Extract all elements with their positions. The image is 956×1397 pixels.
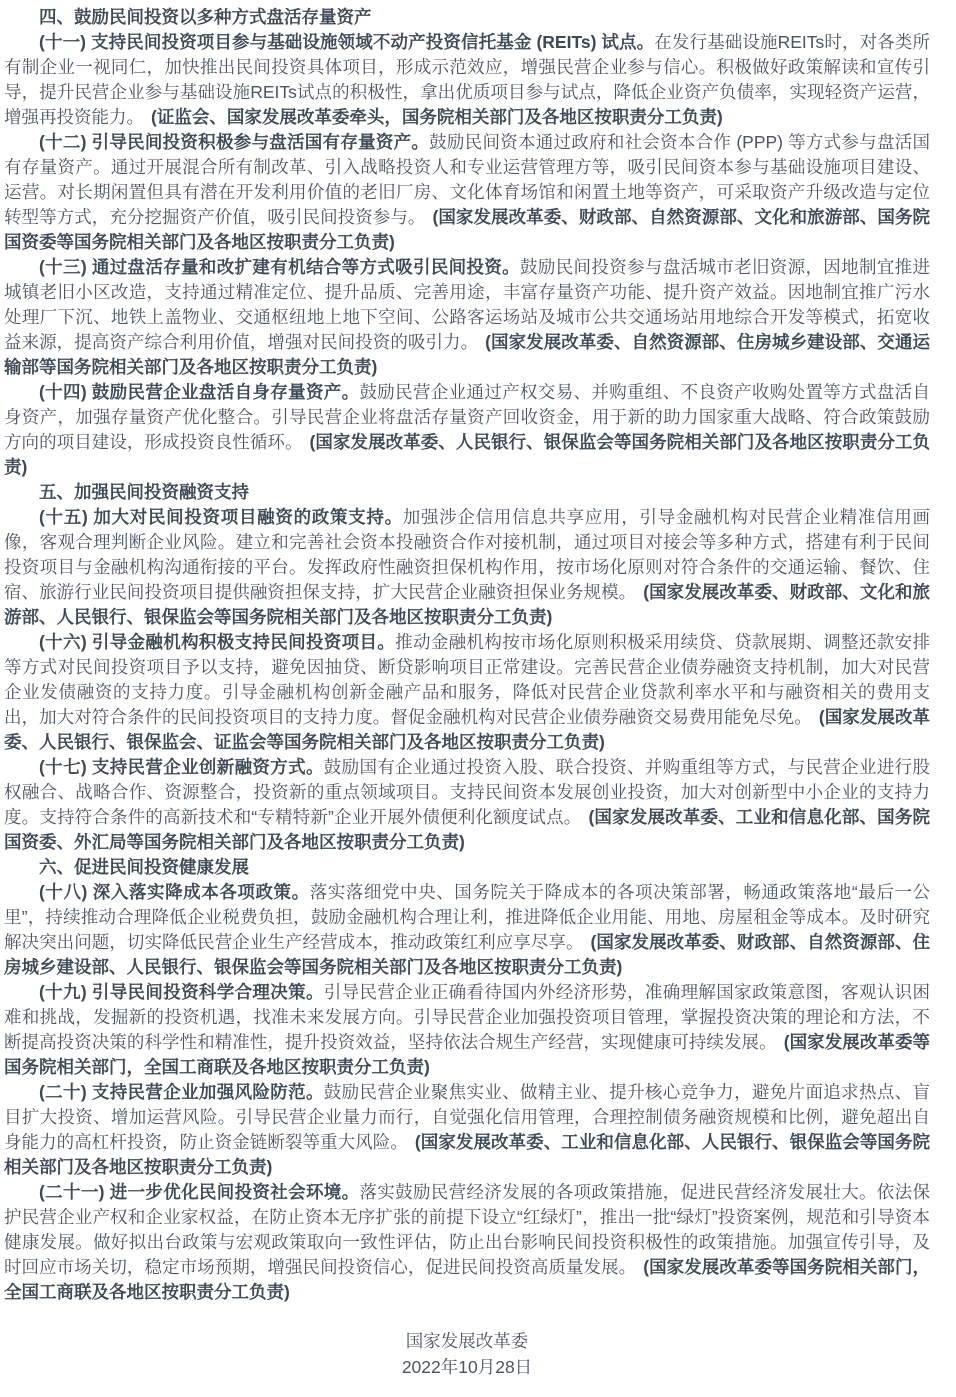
paragraph: (十四) 鼓励民营企业盘活自身存量资产。鼓励民营企业通过产权交易、并购重组、不良… bbox=[4, 380, 930, 480]
paragraph: (十八) 深入落实降成本各项政策。落实落细党中央、国务院关于降成本的各项决策部署… bbox=[4, 880, 930, 980]
signature-date: 2022年10月28日 bbox=[4, 1354, 930, 1380]
paragraph-lead: (十五) 加大对民间投资项目融资的政策支持。 bbox=[39, 507, 403, 527]
document-content: 四、鼓励民间投资以多种方式盘活存量资产 (十一) 支持民间投资项目参与基础设施领… bbox=[4, 5, 930, 1305]
paragraph-lead: (十七) 支持民营企业创新融资方式。 bbox=[39, 757, 324, 777]
paragraph: (十一) 支持民间投资项目参与基础设施领域不动产投资信托基金 (REITs) 试… bbox=[4, 30, 930, 130]
paragraph-lead: (二十一) 进一步优化民间投资社会环境。 bbox=[39, 1182, 359, 1202]
paragraph: (十九) 引导民间投资科学合理决策。引导民营企业正确看待国内外经济形势，准确理解… bbox=[4, 980, 930, 1080]
paragraph-lead: (十八) 深入落实降成本各项政策。 bbox=[39, 882, 310, 902]
paragraph: (十七) 支持民营企业创新融资方式。鼓励国有企业通过投资入股、联合投资、并购重组… bbox=[4, 755, 930, 855]
paragraph: (十二) 引导民间投资积极参与盘活国有存量资产。鼓励民间资本通过政府和社会资本合… bbox=[4, 130, 930, 255]
section-heading: 六、促进民间投资健康发展 bbox=[4, 855, 930, 880]
paragraph-lead: (十六) 引导金融机构积极支持民间投资项目。 bbox=[39, 632, 395, 652]
paragraph: (十六) 引导金融机构积极支持民间投资项目。推动金融机构按市场化原则积极采用续贷… bbox=[4, 630, 930, 755]
paragraph-lead: (十二) 引导民间投资积极参与盘活国有存量资产。 bbox=[39, 132, 429, 152]
paragraph: (十三) 通过盘活存量和改扩建有机结合等方式吸引民间投资。鼓励民间投资参与盘活城… bbox=[4, 255, 930, 380]
paragraph-lead: (十九) 引导民间投资科学合理决策。 bbox=[39, 982, 324, 1002]
document-page: 四、鼓励民间投资以多种方式盘活存量资产 (十一) 支持民间投资项目参与基础设施领… bbox=[0, 0, 956, 1397]
paragraph-lead: (十四) 鼓励民营企业盘活自身存量资产。 bbox=[39, 382, 359, 402]
paragraph: (二十一) 进一步优化民间投资社会环境。落实鼓励民营经济发展的各项政策措施，促进… bbox=[4, 1180, 930, 1305]
signature-block: 国家发展改革委 2022年10月28日 bbox=[4, 1328, 930, 1380]
paragraph: (十五) 加大对民间投资项目融资的政策支持。加强涉企信用信息共享应用，引导金融机… bbox=[4, 505, 930, 630]
paragraph: (二十) 支持民营企业加强风险防范。鼓励民营企业聚焦实业、做精主业、提升核心竞争… bbox=[4, 1080, 930, 1180]
responsibility-note: (证监会、国家发展改革委牵头，国务院相关部门及各地区按职责分工负责) bbox=[151, 107, 723, 127]
paragraph-lead: (二十) 支持民营企业加强风险防范。 bbox=[39, 1082, 324, 1102]
section-heading: 五、加强民间投资融资支持 bbox=[4, 480, 930, 505]
signature-agency: 国家发展改革委 bbox=[4, 1328, 930, 1354]
paragraph-lead: (十一) 支持民间投资项目参与基础设施领域不动产投资信托基金 (REITs) 试… bbox=[39, 32, 654, 52]
section-heading: 四、鼓励民间投资以多种方式盘活存量资产 bbox=[4, 5, 930, 30]
paragraph-lead: (十三) 通过盘活存量和改扩建有机结合等方式吸引民间投资。 bbox=[39, 257, 520, 277]
